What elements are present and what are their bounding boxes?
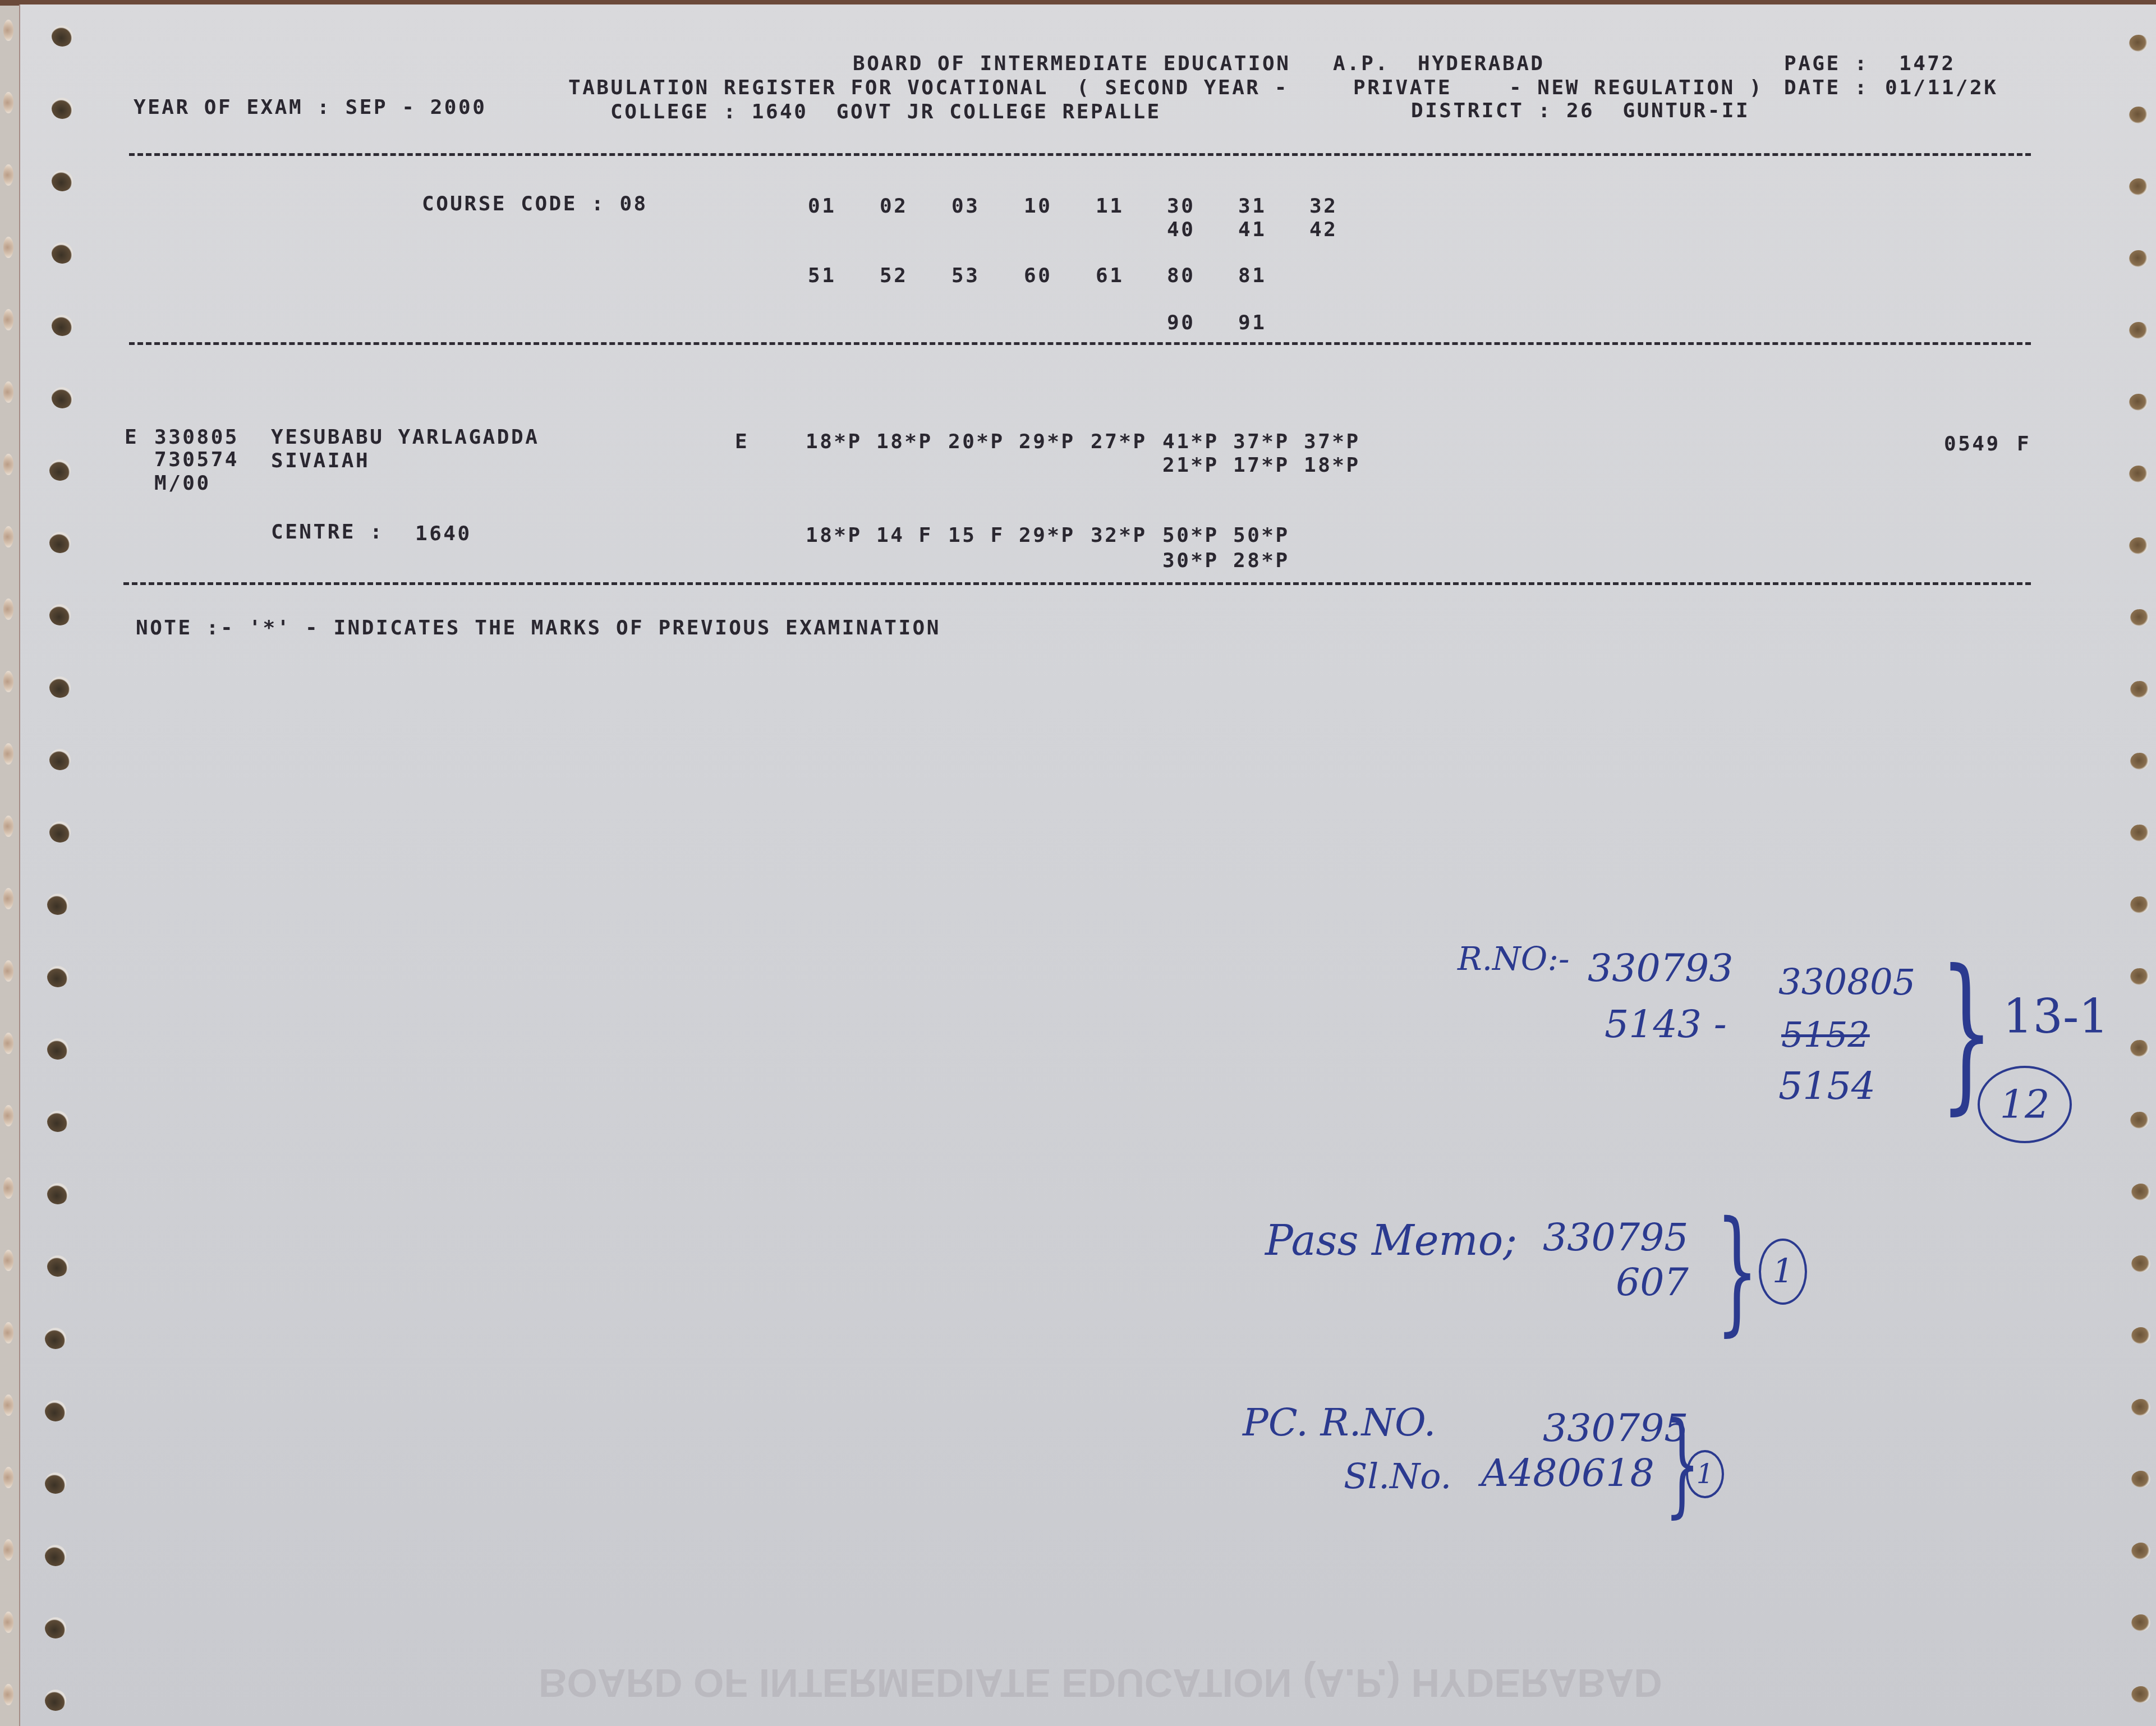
sprocket-hole	[52, 242, 73, 264]
sprocket-hole	[49, 676, 71, 698]
sprocket-hole	[2131, 1327, 2150, 1344]
sprocket-hole	[2129, 107, 2148, 123]
sprocket-hole	[2129, 322, 2148, 339]
hw-rno-end: 330805	[1778, 962, 1915, 1004]
hw-rno-label: R.NO:-	[1458, 938, 1570, 979]
subject-code: 03	[951, 195, 980, 218]
sprocket-hole	[47, 1183, 68, 1204]
sprocket-hole	[2131, 1184, 2150, 1200]
sprocket-hole	[45, 1472, 66, 1494]
subject-code: 91	[1238, 312, 1266, 334]
sprocket-hole	[52, 315, 73, 336]
category: PRIVATE	[1353, 77, 1452, 99]
binder-slot	[3, 164, 13, 186]
binder-slot	[3, 454, 13, 475]
page-number: 1472	[1899, 53, 1956, 75]
subject-code: 60	[1024, 265, 1052, 287]
sprocket-hole	[2129, 35, 2148, 52]
hw-serial-end: 5154	[1778, 1066, 1875, 1107]
subject-code: 42	[1309, 219, 1337, 241]
binder-slot	[3, 816, 13, 837]
subject-mark: 41*P	[1162, 431, 1219, 453]
hw-pass-memo-sl: 607	[1616, 1262, 1689, 1304]
note: NOTE :- '*' - INDICATES THE MARKS OF PRE…	[136, 617, 941, 639]
subject-mark: 37*P	[1233, 431, 1290, 453]
sprocket-hole	[2129, 394, 2148, 411]
subject-code: 51	[808, 265, 836, 287]
medium-code: E	[125, 426, 139, 449]
register-title: TABULATION REGISTER FOR VOCATIONAL ( SEC…	[568, 77, 1289, 99]
subject-code: 61	[1096, 265, 1124, 287]
sprocket-hole	[49, 749, 71, 770]
sprocket-hole	[52, 387, 73, 408]
binder-slot	[3, 20, 13, 41]
hall-ticket-number: 330805	[154, 426, 239, 449]
sprocket-hole	[2131, 1543, 2150, 1559]
sprocket-hole	[45, 1328, 66, 1349]
sprocket-hole	[52, 25, 73, 47]
hw-pass-memo-count: 1	[1759, 1239, 1807, 1305]
hw-brace: }	[1716, 1203, 1758, 1338]
binder-slot	[3, 1177, 13, 1199]
sprocket-hole	[2130, 681, 2149, 698]
sprocket-hole	[45, 1617, 66, 1638]
centre-label: CENTRE :	[271, 521, 384, 544]
binder-slot	[3, 671, 13, 692]
sprocket-hole	[2130, 968, 2149, 985]
hw-pc-count: 1	[1686, 1450, 1724, 1498]
binder-slot	[3, 1467, 13, 1488]
binder-slot	[3, 92, 13, 113]
sprocket-hole	[47, 1038, 68, 1060]
sprocket-hole	[2129, 178, 2148, 195]
sprocket-hole	[2130, 1112, 2149, 1129]
subject-code: 02	[880, 195, 908, 218]
course-code: COURSE CODE : 08	[422, 193, 648, 215]
subject-mark: 15 F	[948, 524, 1005, 547]
binder-slot	[3, 381, 13, 403]
sprocket-hole	[49, 604, 71, 625]
sprocket-hole	[47, 1255, 68, 1277]
subject-mark: 14 F	[876, 524, 933, 547]
subject-mark: 20*P	[948, 431, 1005, 453]
subject-code: 40	[1167, 219, 1195, 241]
binder-slot	[3, 237, 13, 258]
show-through-text: BOARD OF INTERMEDIATE EDUCATION (A.P.) H…	[539, 1660, 1662, 1705]
subject-code: 80	[1167, 265, 1195, 287]
subject-code: 11	[1096, 195, 1124, 218]
separator-rule	[123, 582, 2031, 585]
result-status: F	[2017, 433, 2031, 455]
hw-count-note: 13-1	[2003, 996, 2109, 1037]
binder-slot	[3, 599, 13, 620]
subject-mark: 50*P	[1162, 524, 1219, 547]
sprocket-hole	[47, 894, 68, 915]
subject-mark: 18*P	[1304, 454, 1360, 477]
binder-slot	[3, 1539, 13, 1561]
subject-code: 90	[1167, 312, 1195, 334]
sprocket-hole	[2130, 825, 2149, 841]
subject-mark: 18*P	[806, 524, 862, 547]
subject-mark: 32*P	[1091, 524, 1147, 547]
father-name: SIVAIAH	[271, 450, 370, 472]
subject-mark: 29*P	[1019, 431, 1075, 453]
subject-mark: 18*P	[876, 431, 933, 453]
sprocket-hole	[47, 1111, 68, 1132]
sprocket-hole	[2131, 1255, 2150, 1272]
year-of-exam: YEAR OF EXAM : SEP - 2000	[134, 96, 486, 119]
sprocket-hole	[2130, 1040, 2149, 1057]
binder-slot	[3, 309, 13, 330]
sprocket-hole	[45, 1690, 66, 1711]
tabulation-sheet	[19, 4, 2156, 1726]
sprocket-hole	[49, 821, 71, 843]
subject-mark: 29*P	[1019, 524, 1075, 547]
print-date: 01/11/2K	[1885, 77, 1998, 99]
sprocket-hole	[2130, 896, 2149, 913]
sprocket-hole	[2131, 1399, 2150, 1416]
sprocket-hole	[2131, 1686, 2150, 1703]
sprocket-hole	[47, 966, 68, 987]
subject-code: 10	[1024, 195, 1052, 218]
hw-pass-memo-label: Pass Memo;	[1265, 1220, 1517, 1262]
subject-code: 53	[951, 265, 980, 287]
centre-code: 1640	[415, 523, 472, 545]
subject-mark: 37*P	[1304, 431, 1360, 453]
gender-code: M/00	[154, 472, 211, 495]
page-label: PAGE :	[1784, 53, 1869, 75]
sprocket-hole	[45, 1400, 66, 1421]
sprocket-hole	[52, 98, 73, 119]
language-code: E	[735, 431, 749, 453]
college: COLLEGE : 1640 GOVT JR COLLEGE REPALLE	[610, 101, 1161, 123]
hw-pass-memo-rno: 330795	[1543, 1217, 1689, 1259]
date-label: DATE :	[1784, 77, 1869, 99]
binder-slot	[3, 1322, 13, 1343]
sprocket-hole	[2129, 250, 2148, 267]
sprocket-hole	[49, 459, 71, 481]
subject-code: 52	[880, 265, 908, 287]
subject-code: 01	[808, 195, 836, 218]
subject-mark: 18*P	[806, 431, 862, 453]
sprocket-hole	[2129, 466, 2148, 482]
separator-rule	[129, 153, 2031, 156]
binder-slot	[3, 1033, 13, 1054]
binder-slot	[3, 1394, 13, 1416]
separator-rule	[129, 342, 2031, 345]
subject-mark: 28*P	[1233, 550, 1290, 572]
binder-slot	[3, 960, 13, 982]
hw-pc-label: PC. R.NO.	[1243, 1402, 1436, 1444]
binder-slot	[3, 1105, 13, 1126]
subject-code: 32	[1309, 195, 1337, 218]
subject-mark: 50*P	[1233, 524, 1290, 547]
sprocket-hole	[2129, 537, 2148, 554]
subject-mark: 21*P	[1162, 454, 1219, 477]
hw-count-circled: 12	[1978, 1066, 2072, 1143]
sprocket-hole	[45, 1545, 66, 1566]
sprocket-hole	[52, 170, 73, 191]
subject-code: 41	[1238, 219, 1266, 241]
binder-slot	[3, 1684, 13, 1705]
hw-pc-sl-label: Sl.No.	[1344, 1456, 1451, 1497]
subject-mark: 30*P	[1162, 550, 1219, 572]
binder-slot	[3, 743, 13, 765]
subject-mark: 17*P	[1233, 454, 1290, 477]
district: DISTRICT : 26 GUNTUR-II	[1411, 100, 1750, 122]
sprocket-hole	[2130, 753, 2149, 770]
binder-slot	[3, 1250, 13, 1271]
subject-code: 31	[1238, 195, 1266, 218]
binder-slot	[3, 888, 13, 909]
subject-code: 81	[1238, 265, 1266, 287]
reference-number: 730574	[154, 449, 239, 471]
subject-mark: 27*P	[1091, 431, 1147, 453]
hw-pc-sl: A480618	[1481, 1453, 1654, 1494]
board-title: BOARD OF INTERMEDIATE EDUCATION A.P. HYD…	[853, 53, 1545, 75]
binder-slot	[3, 1612, 13, 1633]
subject-code: 30	[1167, 195, 1195, 218]
regulation: - NEW REGULATION )	[1509, 77, 1763, 99]
hw-rno-start: 330793	[1588, 948, 1734, 989]
sprocket-hole	[2131, 1471, 2150, 1488]
hw-serial-struck: 5152	[1781, 1014, 1870, 1056]
sprocket-hole	[49, 532, 71, 553]
candidate-name: YESUBABU YARLAGADDA	[271, 426, 539, 449]
hw-serial-start: 5143 -	[1605, 1004, 1727, 1046]
binder-slot	[3, 526, 13, 547]
sprocket-hole	[2130, 609, 2149, 626]
total-marks: 0549	[1944, 433, 2001, 455]
sprocket-hole	[2131, 1614, 2150, 1631]
